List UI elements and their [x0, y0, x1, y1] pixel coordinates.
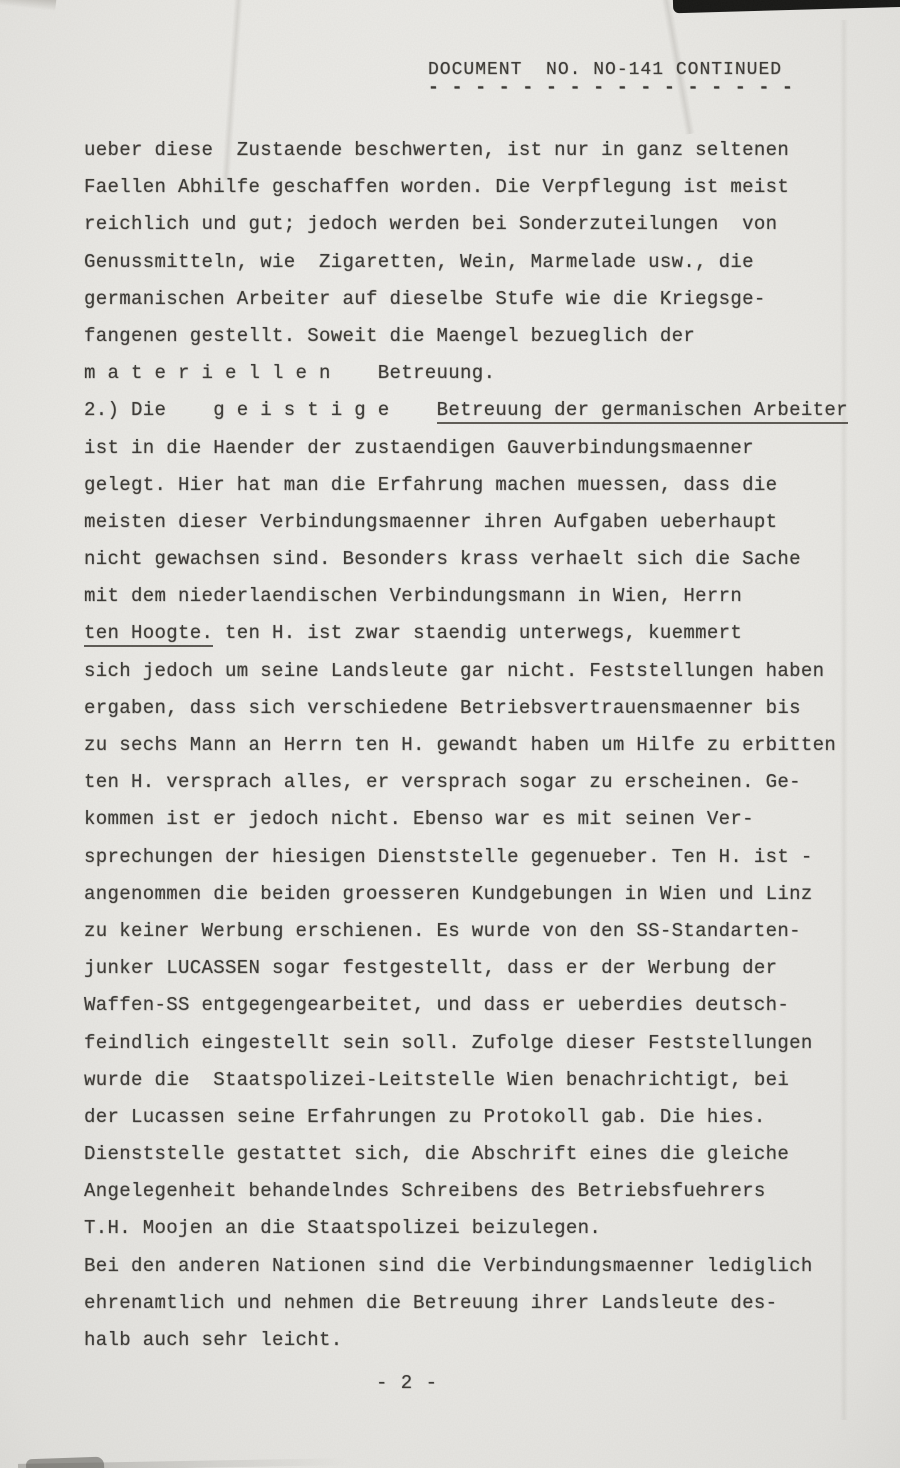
- text-segment: junker LUCASSEN sogar festgestellt, dass…: [84, 957, 777, 979]
- text-line: germanischen Arbeiter auf dieselbe Stufe…: [84, 281, 864, 318]
- text-line: mit dem niederlaendischen Verbindungsman…: [84, 578, 864, 615]
- text-segment: meisten dieser Verbindungsmaenner ihren …: [84, 511, 777, 533]
- text-segment: ten H. ist zwar staendig unterwegs, kuem…: [213, 622, 742, 644]
- text-segment: Waffen-SS entgegengearbeitet, und dass e…: [84, 994, 789, 1016]
- text-segment: nicht gewachsen sind. Besonders krass ve…: [84, 548, 801, 570]
- text-line: ehrenamtlich und nehmen die Betreuung ih…: [84, 1285, 864, 1322]
- text-line: Dienststelle gestattet sich, die Abschri…: [84, 1136, 864, 1173]
- text-segment: Bei den anderen Nationen sind die Verbin…: [84, 1255, 813, 1277]
- text-line: der Lucassen seine Erfahrungen zu Protok…: [84, 1099, 864, 1136]
- text-segment: wurde die Staatspolizei-Leitstelle Wien …: [84, 1069, 789, 1091]
- document-body: ueber diese Zustaende beschwerten, ist n…: [84, 132, 864, 1359]
- text-segment: feindlich eingestellt sein soll. Zufolge…: [84, 1032, 813, 1054]
- scanned-document-page: DOCUMENT NO. NO-141 CONTINUED - - - - - …: [0, 0, 900, 1468]
- header-underline-dashes: - - - - - - - - - - - - - - - -: [428, 78, 794, 98]
- text-segment: sprechungen der hiesigen Dienststelle ge…: [84, 846, 813, 868]
- text-segment: Angelegenheit behandelndes Schreibens de…: [84, 1180, 766, 1202]
- text-segment: ueber diese Zustaende beschwerten, ist n…: [84, 139, 789, 161]
- text-segment: ergaben, dass sich verschiedene Betriebs…: [84, 697, 801, 719]
- text-line: ist in die Haender der zustaendigen Gauv…: [84, 430, 864, 467]
- text-line: wurde die Staatspolizei-Leitstelle Wien …: [84, 1062, 864, 1099]
- page-number: - 2 -: [376, 1372, 438, 1394]
- text-line: feindlich eingestellt sein soll. Zufolge…: [84, 1025, 864, 1062]
- text-segment: kommen ist er jedoch nicht. Ebenso war e…: [84, 808, 754, 830]
- text-segment: sich jedoch um seine Landsleute gar nich…: [84, 660, 824, 682]
- text-line: 2.) Die g e i s t i g e Betreuung der ge…: [84, 392, 864, 429]
- text-line: ergaben, dass sich verschiedene Betriebs…: [84, 690, 864, 727]
- text-line: Bei den anderen Nationen sind die Verbin…: [84, 1248, 864, 1285]
- text-line: ueber diese Zustaende beschwerten, ist n…: [84, 132, 864, 169]
- text-line: zu sechs Mann an Herrn ten H. gewandt ha…: [84, 727, 864, 764]
- text-segment: 2.) Die g e i s t i g e: [84, 399, 437, 421]
- scan-edge-artifact: [673, 0, 900, 13]
- text-segment: Genussmitteln, wie Zigaretten, Wein, Mar…: [84, 251, 754, 273]
- text-segment: m a t e r i e l l e n Betreuung.: [84, 362, 495, 384]
- text-segment: zu sechs Mann an Herrn ten H. gewandt ha…: [84, 734, 836, 756]
- text-line: fangenen gestellt. Soweit die Maengel be…: [84, 318, 864, 355]
- text-segment: T.H. Moojen an die Staatspolizei beizule…: [84, 1217, 601, 1239]
- text-line: sprechungen der hiesigen Dienststelle ge…: [84, 839, 864, 876]
- text-line: m a t e r i e l l e n Betreuung.: [84, 355, 864, 392]
- scan-edge-artifact: [0, 0, 57, 11]
- text-line: ten H. versprach alles, er versprach sog…: [84, 764, 864, 801]
- text-segment: Dienststelle gestattet sich, die Abschri…: [84, 1143, 789, 1165]
- text-line: Angelegenheit behandelndes Schreibens de…: [84, 1173, 864, 1210]
- text-segment: Faellen Abhilfe geschaffen worden. Die V…: [84, 176, 789, 198]
- text-line: reichlich und gut; jedoch werden bei Son…: [84, 206, 864, 243]
- text-line: Waffen-SS entgegengearbeitet, und dass e…: [84, 987, 864, 1024]
- text-segment: gelegt. Hier hat man die Erfahrung mache…: [84, 474, 777, 496]
- document-title: DOCUMENT NO. NO-141 CONTINUED: [428, 60, 794, 80]
- text-segment: zu keiner Werbung erschienen. Es wurde v…: [84, 920, 801, 942]
- text-line: ten Hoogte. ten H. ist zwar staendig unt…: [84, 615, 864, 652]
- text-segment: angenommen die beiden groesseren Kundgeb…: [84, 883, 813, 905]
- text-segment: germanischen Arbeiter auf dieselbe Stufe…: [84, 288, 766, 310]
- text-segment: mit dem niederlaendischen Verbindungsman…: [84, 585, 742, 607]
- document-header: DOCUMENT NO. NO-141 CONTINUED - - - - - …: [428, 60, 794, 98]
- text-line: sich jedoch um seine Landsleute gar nich…: [84, 653, 864, 690]
- underlined-text: ten Hoogte.: [84, 622, 213, 647]
- text-line: T.H. Moojen an die Staatspolizei beizule…: [84, 1210, 864, 1247]
- text-segment: fangenen gestellt. Soweit die Maengel be…: [84, 325, 695, 347]
- text-segment: ten H. versprach alles, er versprach sog…: [84, 771, 801, 793]
- text-line: meisten dieser Verbindungsmaenner ihren …: [84, 504, 864, 541]
- text-line: zu keiner Werbung erschienen. Es wurde v…: [84, 913, 864, 950]
- text-line: Faellen Abhilfe geschaffen worden. Die V…: [84, 169, 864, 206]
- text-segment: ist in die Haender der zustaendigen Gauv…: [84, 437, 754, 459]
- text-line: junker LUCASSEN sogar festgestellt, dass…: [84, 950, 864, 987]
- underlined-text: Betreuung der germanischen Arbeiter: [437, 399, 848, 424]
- text-line: gelegt. Hier hat man die Erfahrung mache…: [84, 467, 864, 504]
- text-segment: der Lucassen seine Erfahrungen zu Protok…: [84, 1106, 766, 1128]
- text-segment: ehrenamtlich und nehmen die Betreuung ih…: [84, 1292, 777, 1314]
- text-line: kommen ist er jedoch nicht. Ebenso war e…: [84, 801, 864, 838]
- text-line: halb auch sehr leicht.: [84, 1322, 864, 1359]
- text-segment: reichlich und gut; jedoch werden bei Son…: [84, 213, 777, 235]
- text-segment: halb auch sehr leicht.: [84, 1329, 343, 1351]
- text-line: nicht gewachsen sind. Besonders krass ve…: [84, 541, 864, 578]
- text-line: Genussmitteln, wie Zigaretten, Wein, Mar…: [84, 244, 864, 281]
- text-line: angenommen die beiden groesseren Kundgeb…: [84, 876, 864, 913]
